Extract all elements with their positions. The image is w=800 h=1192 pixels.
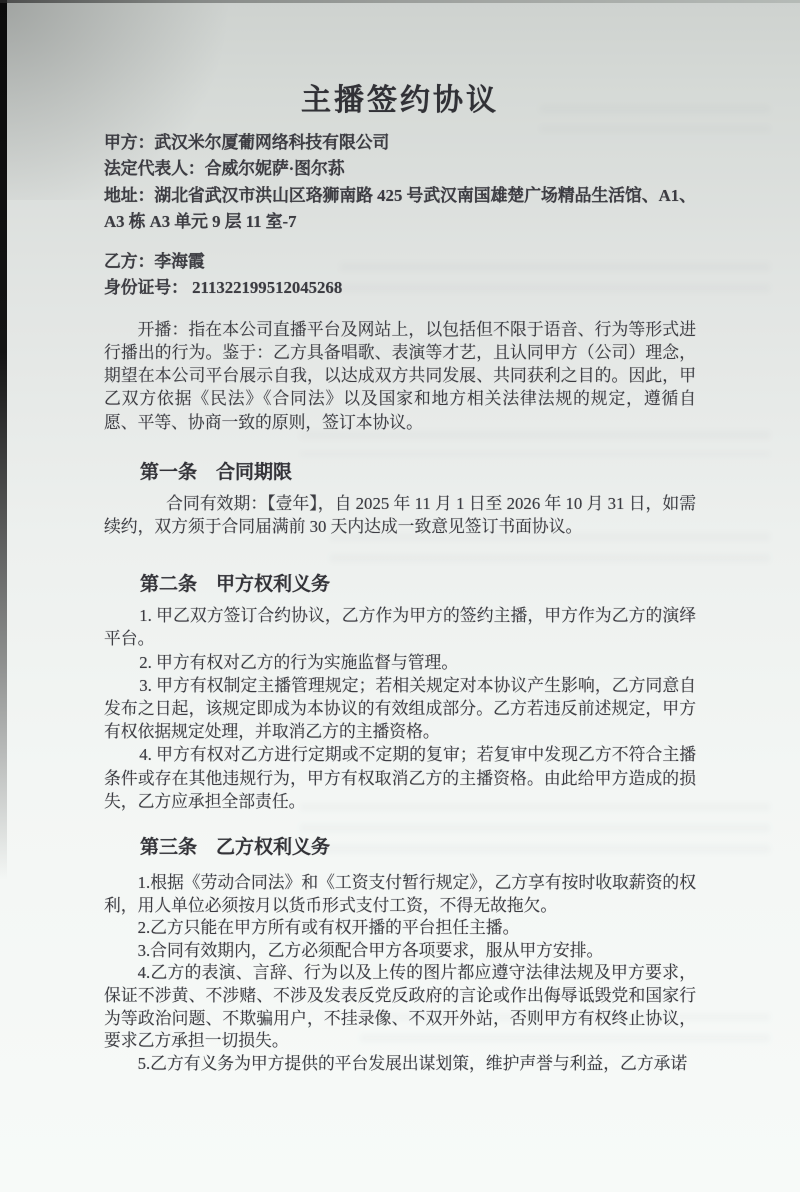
section-1-heading: 第一条 合同期限	[104, 461, 696, 485]
party-b-line: 乙方：李海霞	[104, 249, 696, 275]
section-3-clause-3: 3.合同有效期内，乙方必须配合甲方各项要求，服从甲方安排。	[104, 940, 696, 963]
id-number-line: 身份证号： 211322199512045268	[104, 275, 696, 301]
section-1-paragraph: 合同有效期：【壹年】，自 2025 年 11 月 1 日至 2026 年 10 …	[104, 492, 696, 538]
party-a-line: 甲方：武汉米尔厦葡网络科技有限公司	[104, 130, 696, 156]
contract-title: 主播签约协议	[104, 82, 696, 120]
section-3-clause-5: 5.乙方有义务为甲方提供的平台发展出谋划策，维护声誉与利益，乙方承诺	[104, 1053, 696, 1076]
section-3-heading: 第三条 乙方权利义务	[104, 836, 696, 860]
section-3-clause-1: 1.根据《劳动合同法》和《工资支付暂行规定》，乙方享有按时收取薪资的权利，用人单…	[104, 872, 696, 917]
section-3-clauses: 1.根据《劳动合同法》和《工资支付暂行规定》，乙方享有按时收取薪资的权利，用人单…	[104, 872, 696, 1075]
section-2-clauses: 1. 甲乙双方签订合约协议，乙方作为甲方的签约主播，甲方作为乙方的演绎平台。 2…	[104, 604, 696, 813]
section-2-clause-4: 4. 甲方有权对乙方进行定期或不定期的复审；若复审中发现乙方不符合主播条件或存在…	[104, 743, 696, 813]
scan-edge-shadow-left	[0, 0, 7, 880]
section-3-clause-2: 2.乙方只能在甲方所有或有权开播的平台担任主播。	[104, 917, 696, 940]
preamble-paragraph: 开播：指在本公司直播平台及网站上，以包括但不限于语音、行为等形式进行播出的行为。…	[104, 318, 696, 434]
scanned-contract-page: 主播签约协议 甲方：武汉米尔厦葡网络科技有限公司 法定代表人：合威尔妮萨·图尔荪…	[0, 0, 800, 1192]
section-2-clause-1: 1. 甲乙双方签订合约协议，乙方作为甲方的签约主播，甲方作为乙方的演绎平台。	[104, 604, 696, 650]
section-3-clause-4: 4.乙方的表演、言辞、行为以及上传的图片都应遵守法律法规及甲方要求，保证不涉黄、…	[104, 962, 696, 1052]
section-2-clause-2: 2. 甲方有权对乙方的行为实施监督与管理。	[104, 651, 696, 674]
legal-representative-line: 法定代表人：合威尔妮萨·图尔荪	[104, 156, 696, 182]
section-2-clause-3: 3. 甲方有权制定主播管理规定；若相关规定对本协议产生影响，乙方同意自发布之日起…	[104, 674, 696, 744]
party-b-block: 乙方：李海霞 身份证号： 211322199512045268	[104, 249, 696, 302]
party-a-block: 甲方：武汉米尔厦葡网络科技有限公司 法定代表人：合威尔妮萨·图尔荪 地址：湖北省…	[104, 130, 696, 235]
address-line: 地址：湖北省武汉市洪山区珞狮南路 425 号武汉南国雄楚广场精品生活馆、A1、A…	[104, 183, 696, 236]
section-2-heading: 第二条 甲方权利义务	[104, 573, 696, 597]
contract-body: 主播签约协议 甲方：武汉米尔厦葡网络科技有限公司 法定代表人：合威尔妮萨·图尔荪…	[104, 0, 696, 1075]
